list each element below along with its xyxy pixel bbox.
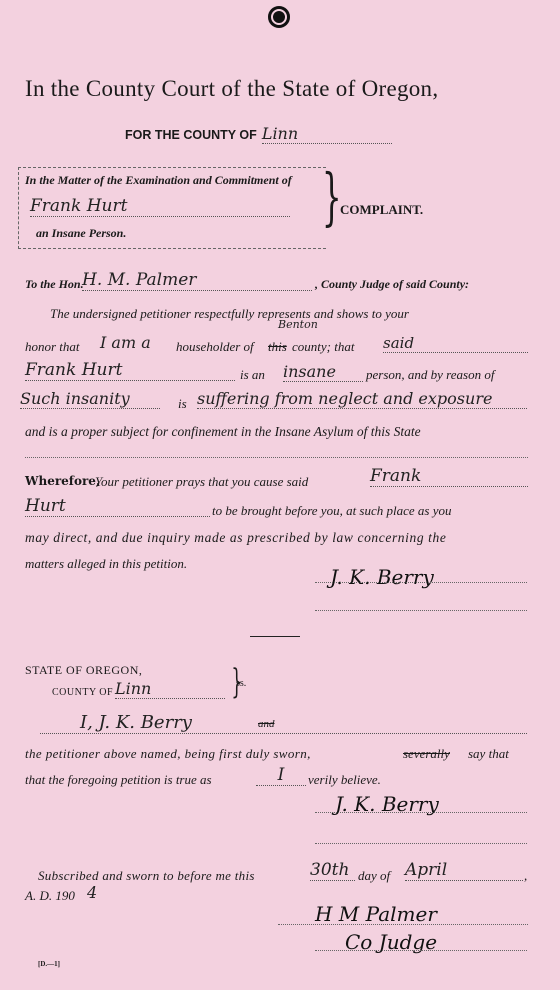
verification-text2-end: verily believe. — [308, 772, 381, 788]
jurat-day-of: day of — [358, 868, 390, 884]
jurat-year-fill[interactable]: 4 — [87, 883, 97, 902]
county-value[interactable]: Linn — [262, 124, 392, 144]
affiant-signature-line — [315, 812, 527, 813]
petitioner-signature[interactable]: J. K. Berry — [330, 565, 434, 589]
signature-line-2 — [315, 610, 527, 611]
judge-name[interactable]: H. M. Palmer — [82, 270, 312, 291]
verification-text2: that the foregoing petition is true as — [25, 772, 212, 788]
verification-text1: the petitioner above named, being first … — [25, 746, 311, 762]
verification-county-label: County of — [52, 687, 113, 698]
petition-line1: The undersigned petitioner respectfully … — [50, 306, 409, 322]
punch-hole — [268, 6, 290, 28]
struck-and: and — [258, 718, 275, 730]
wherefore-text1: Your petitioner prays that you cause sai… — [95, 474, 308, 490]
verification-pronoun-fill[interactable]: I — [256, 765, 306, 786]
form-code: [D.—1] — [38, 960, 60, 968]
jurat-day-fill[interactable]: 30th — [310, 860, 355, 881]
document-type: COMPLAINT. — [340, 202, 423, 218]
verification-county-value[interactable]: Linn — [115, 679, 225, 699]
petition-honor-prefix: honor that — [25, 339, 80, 355]
county-line: For the County of Linn — [125, 124, 392, 144]
wherefore-text4: matters alleged in this petition. — [25, 556, 187, 572]
affiant-title-line — [315, 843, 527, 844]
petition-is-an: is an — [240, 367, 265, 383]
brace: } — [322, 166, 342, 228]
matter-suffix: an Insane Person. — [36, 226, 126, 241]
jurat-text: Subscribed and sworn to before me this — [38, 868, 255, 884]
matter-person-name[interactable]: Frank Hurt — [30, 196, 290, 217]
wherefore-name-fill-2[interactable]: Hurt — [25, 496, 210, 517]
judge-title-line — [315, 950, 527, 951]
verification-ss: ss. — [236, 678, 246, 689]
petition-county-text: county; that — [292, 339, 354, 355]
court-title: In the County Court of the State of Oreg… — [25, 76, 438, 102]
petition-reason-fill[interactable]: Such insanity — [20, 389, 160, 409]
addressee-prefix: To the Hon. — [25, 277, 84, 292]
jurat-comma: , — [524, 868, 527, 884]
wherefore-lead: Wherefore, — [25, 474, 100, 488]
addressee-suffix: , County Judge of said County: — [315, 277, 469, 292]
verification-text1-end: say that — [468, 746, 509, 762]
inserted-county[interactable]: Benton — [278, 318, 318, 331]
wherefore-name-fill-1[interactable]: Frank — [370, 466, 528, 487]
wherefore-text2: to be brought before you, at such place … — [212, 503, 452, 519]
petition-person-reason: person, and by reason of — [366, 367, 494, 383]
petition-blank-line[interactable] — [25, 457, 528, 458]
wherefore-text3: may direct, and due inquiry made as pres… — [25, 530, 446, 546]
struck-this: this — [268, 339, 287, 355]
county-label: For the County of — [125, 128, 257, 142]
struck-severally: severally — [403, 746, 450, 762]
judge-signature-line — [278, 924, 528, 925]
jurat-year-prefix: A. D. 190 — [25, 888, 75, 904]
petition-honor-fill[interactable]: I am a — [100, 333, 151, 352]
petition-person-fill[interactable]: Frank Hurt — [25, 360, 235, 381]
judge-signature[interactable]: H M Palmer — [315, 902, 437, 926]
petition-that-fill[interactable]: said — [383, 334, 528, 353]
signature-line-1 — [315, 582, 527, 583]
petition-proper-subject: and is a proper subject for confinement … — [25, 424, 421, 440]
jurat-month-fill[interactable]: April — [405, 860, 523, 881]
petition-householder: householder of — [176, 339, 254, 355]
verification-affiant-fill[interactable]: I, J. K. Berry — [40, 712, 527, 734]
petition-suffering-fill[interactable]: suffering from neglect and exposure — [197, 389, 527, 409]
section-divider — [250, 636, 300, 637]
matter-intro: In the Matter of the Examination and Com… — [25, 173, 292, 188]
verification-state: STATE OF OREGON, — [25, 663, 142, 678]
petition-condition-fill[interactable]: insane — [283, 362, 363, 382]
petition-is: is — [178, 396, 187, 412]
